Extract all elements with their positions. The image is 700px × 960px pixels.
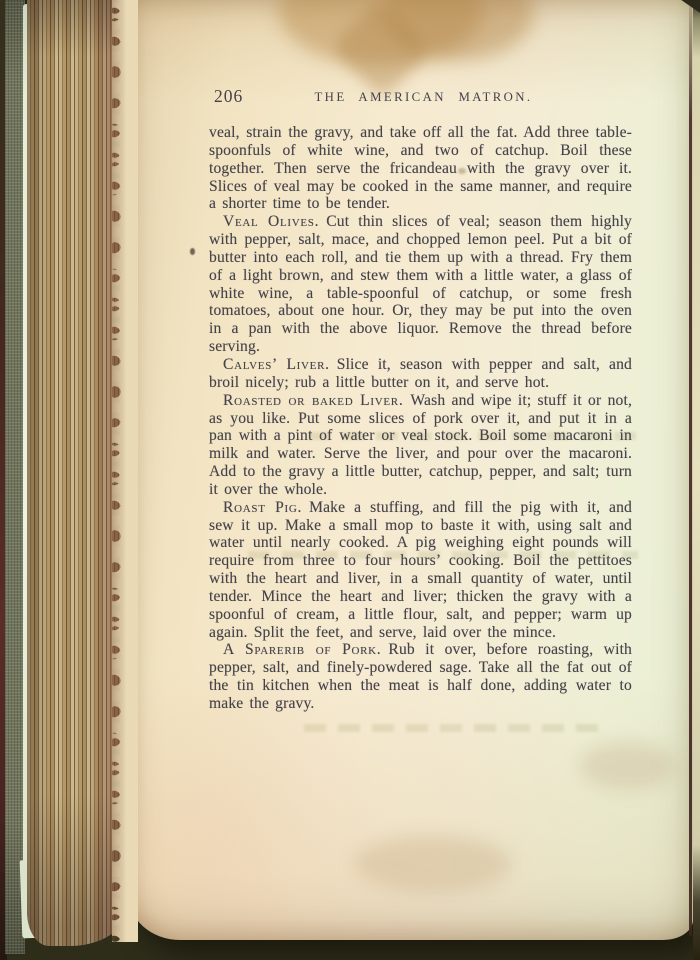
fox-spot (190, 248, 195, 255)
ink-showthrough (304, 724, 604, 732)
page-body: veal, strain the gravy, and take off all… (209, 124, 632, 713)
gutter-shadow-line (689, 6, 692, 936)
recipe-heading: Calves’ Liver. (223, 356, 330, 373)
recipe-heading: Roasted or baked Liver. (223, 392, 403, 409)
paragraph-text: Cut thin slices of veal; season them hig… (209, 213, 632, 355)
book-cover-cloth (5, 0, 25, 954)
recipe-sparerib-of-pork: A Sparerib of Pork.Rub it over, before r… (209, 641, 632, 712)
recipe-veal-olives: Veal Olives.Cut thin slices of veal; sea… (209, 213, 632, 356)
stain-right (580, 742, 676, 790)
recipe-heading: A Sparerib of Pork. (223, 641, 381, 658)
recipe-roast-pig: Roast Pig.Make a stuffing, and fill the … (209, 499, 632, 642)
running-title: THE AMERICAN MATRON. (209, 90, 638, 105)
book-scan: 206 THE AMERICAN MATRON. veal, strain th… (0, 0, 700, 960)
paragraph-text: veal, strain the gravy, and take off all… (209, 124, 632, 212)
stain-bottom (354, 836, 512, 892)
recipe-heading: Veal Olives. (223, 213, 319, 230)
recipe-heading: Roast Pig. (223, 499, 302, 516)
paragraph-continuation: veal, strain the gravy, and take off all… (209, 124, 632, 213)
recipe-calves-liver: Calves’ Liver.Slice it, season with pepp… (209, 356, 632, 392)
recipe-roasted-or-baked-liver: Roasted or baked Liver.Wash and wipe it;… (209, 392, 632, 499)
paragraph-text: Make a stuffing, and fill the pig with i… (209, 499, 632, 641)
facing-page-block-edge (693, 0, 700, 960)
page-text-block: 206 THE AMERICAN MATRON. veal, strain th… (209, 86, 632, 713)
deckle-edge (112, 0, 138, 942)
page-header: 206 THE AMERICAN MATRON. (209, 86, 632, 107)
